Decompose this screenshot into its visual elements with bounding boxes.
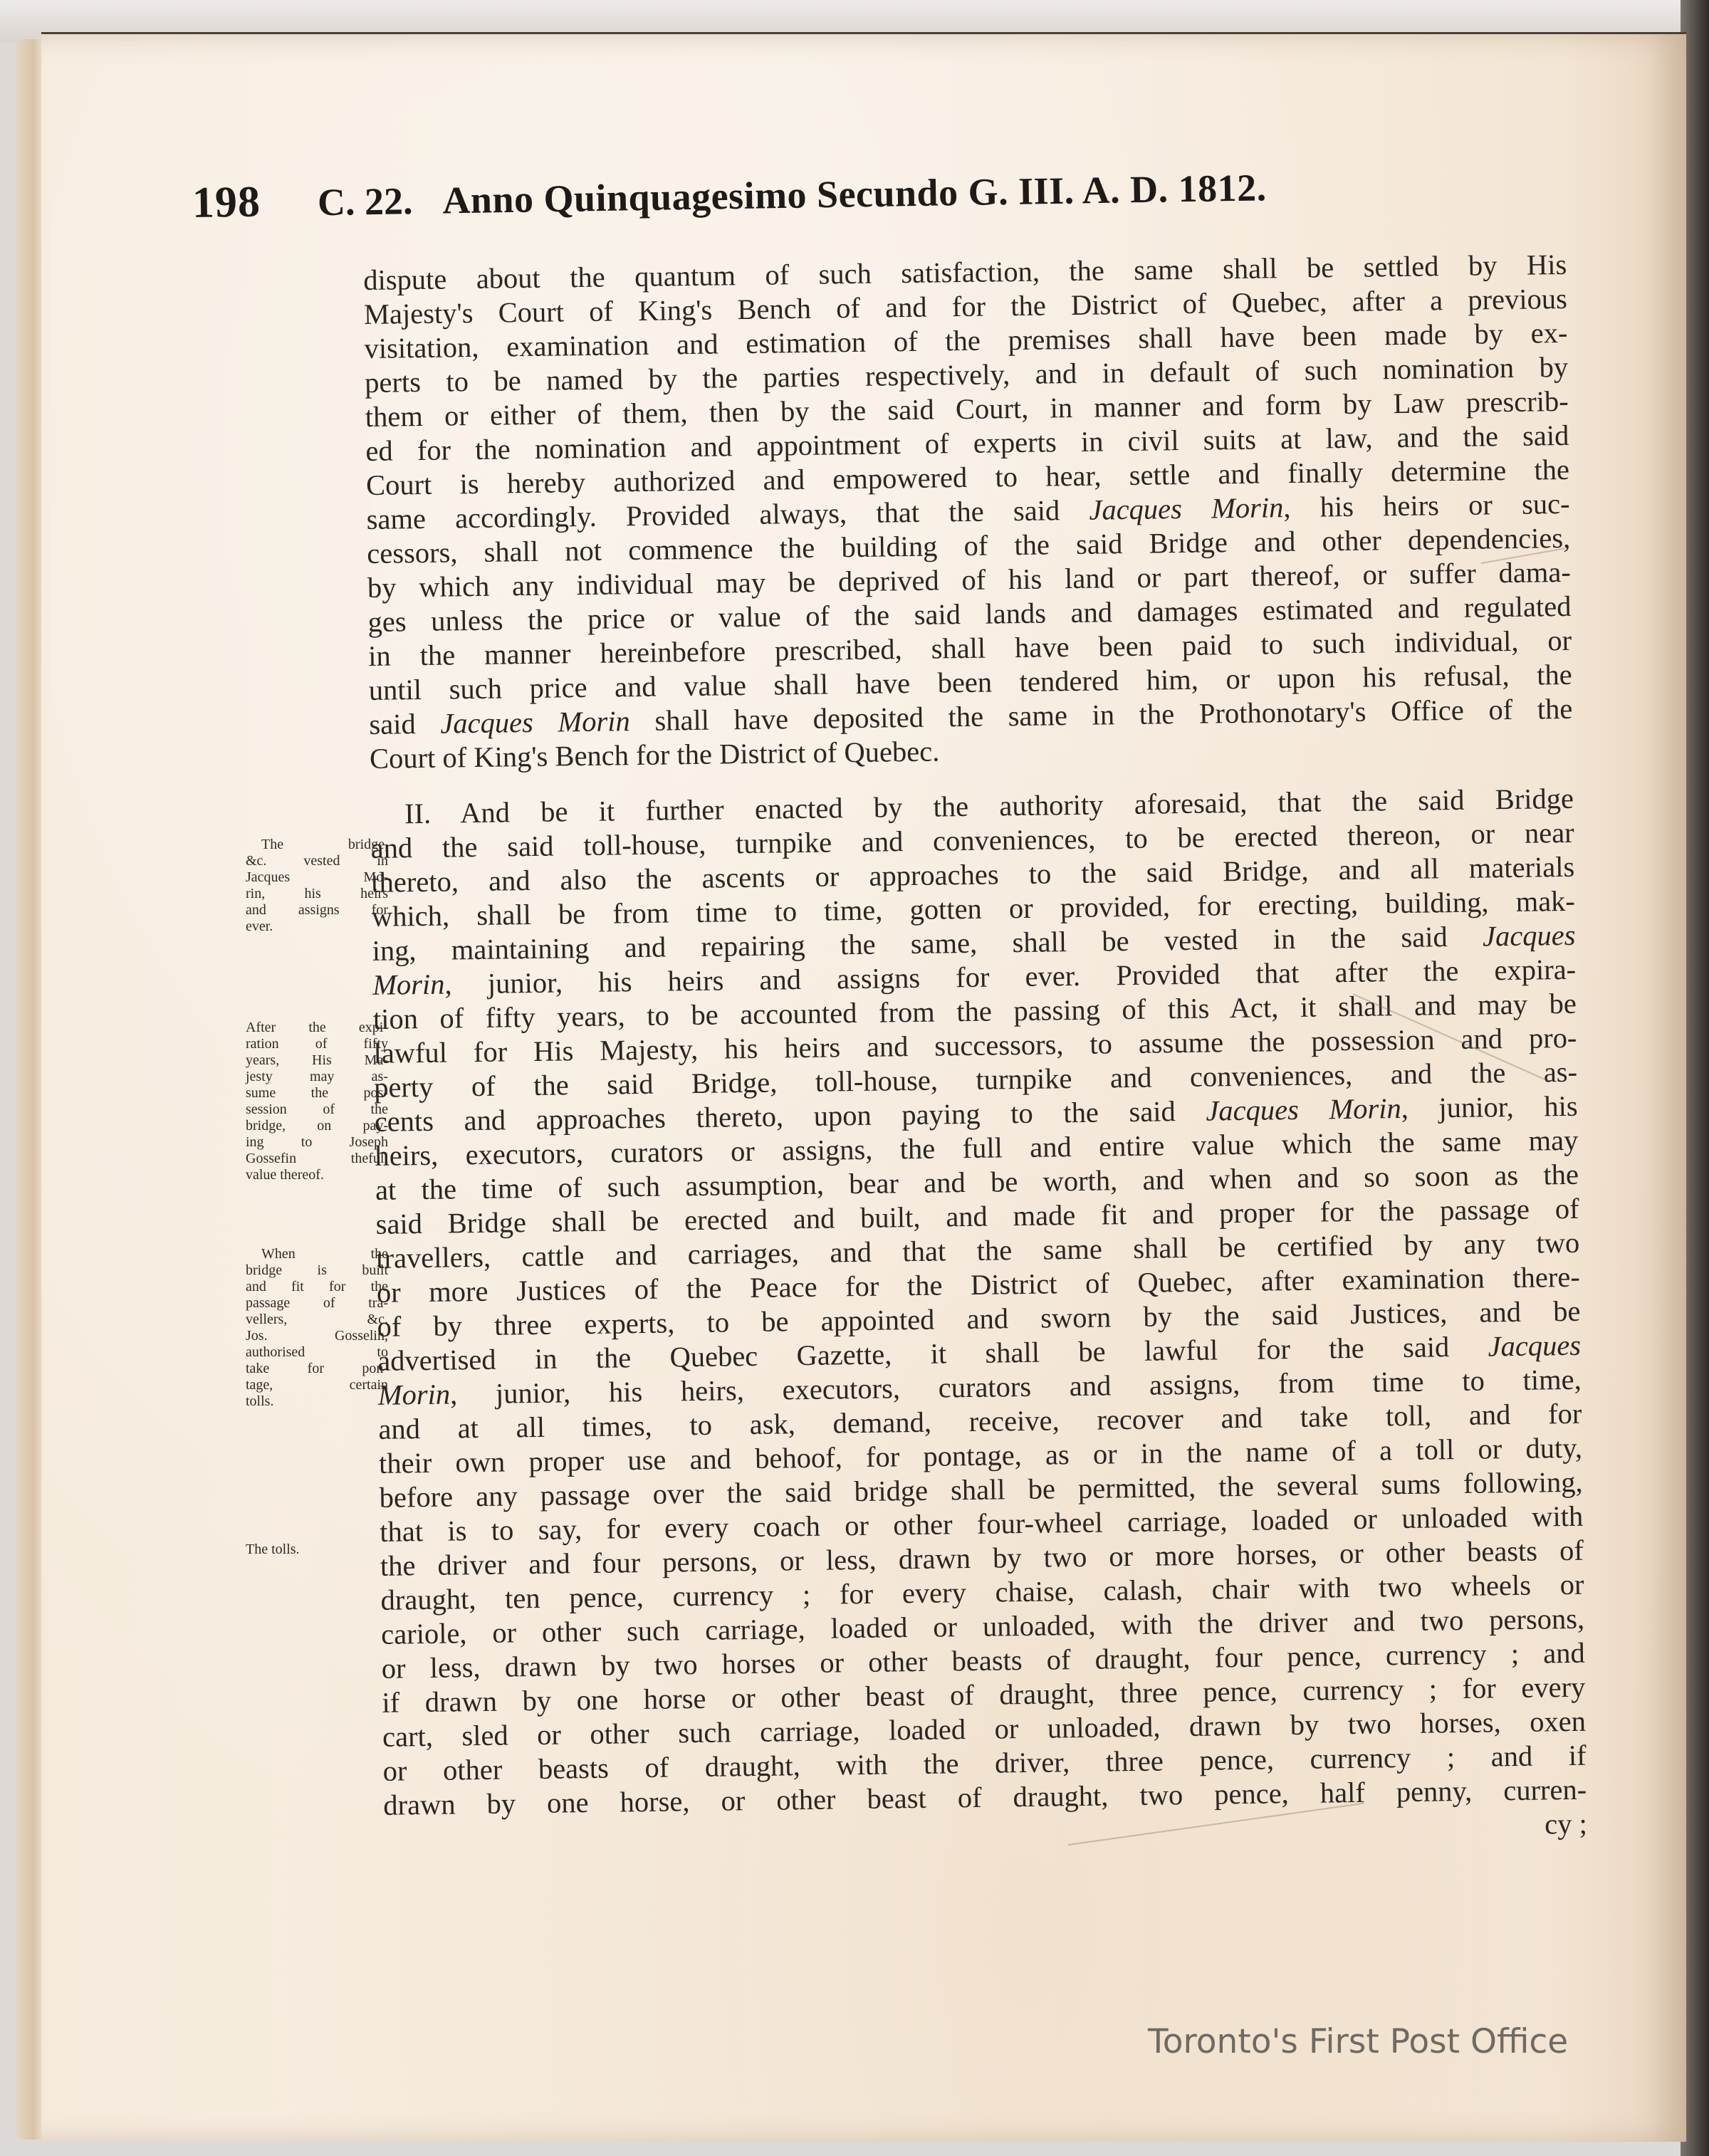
margin-note-fifty-years: After the expi- ration of fifty years, H… <box>246 1020 388 1183</box>
margin-note-bridge-vested: The bridge, &c. vested in Jacques Mo- ri… <box>246 837 388 935</box>
chapter-number: C. 22. <box>317 179 412 224</box>
paragraph-1: dispute about the quantum of such satisf… <box>363 248 1573 776</box>
margin-note-tolls: The tolls. <box>246 1542 388 1558</box>
watermark: Toronto's First Post Office <box>1148 2022 1568 2061</box>
paragraph-2-section-II: II. And be it further enacted by the aut… <box>370 782 1587 1857</box>
statute-body: dispute about the quantum of such satisf… <box>363 248 1587 1857</box>
margin-note-when-built: When the bridge is built and fit for the… <box>246 1246 388 1410</box>
page-number: 198 <box>192 177 261 228</box>
running-title: Anno Quinquagesimo Secundo G. III. A. D.… <box>442 165 1267 222</box>
